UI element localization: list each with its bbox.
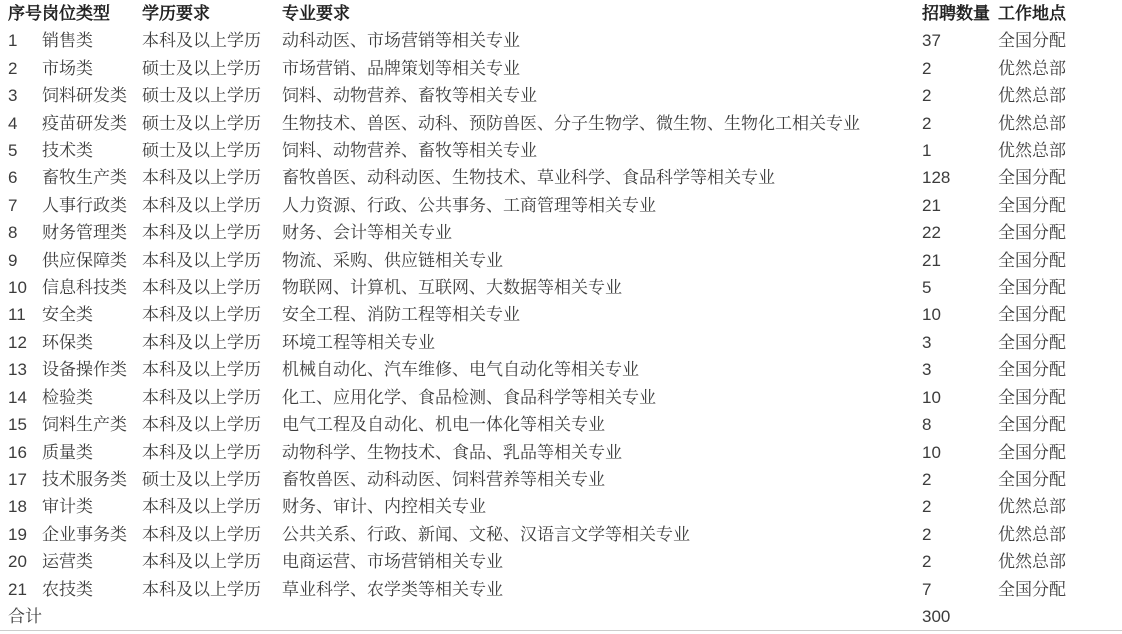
col-header-edu: 学历要求 [142, 0, 282, 27]
cell-location: 全国分配 [998, 466, 1122, 493]
cell-count: 37 [922, 27, 998, 54]
cell-count: 128 [922, 164, 998, 191]
table-body: 1销售类本科及以上学历动科动医、市场营销等相关专业37全国分配2市场类硕士及以上… [0, 27, 1122, 603]
table-row: 5技术类硕士及以上学历饲料、动物营养、畜牧等相关专业1优然总部 [0, 137, 1122, 164]
cell-major: 物流、采购、供应链相关专业 [282, 247, 922, 274]
cell-no: 10 [0, 274, 42, 301]
table-row: 20运营类本科及以上学历电商运营、市场营销相关专业2优然总部 [0, 548, 1122, 575]
cell-location: 全国分配 [998, 219, 1122, 246]
table-row: 2市场类硕士及以上学历市场营销、品牌策划等相关专业2优然总部 [0, 55, 1122, 82]
cell-no: 8 [0, 219, 42, 246]
cell-no: 18 [0, 493, 42, 520]
cell-count: 2 [922, 55, 998, 82]
cell-count: 2 [922, 521, 998, 548]
cell-no: 2 [0, 55, 42, 82]
cell-edu: 硕士及以上学历 [142, 137, 282, 164]
col-header-location: 工作地点 [998, 0, 1122, 27]
cell-edu: 本科及以上学历 [142, 274, 282, 301]
cell-count: 10 [922, 439, 998, 466]
cell-type: 技术服务类 [42, 466, 142, 493]
cell-type: 人事行政类 [42, 192, 142, 219]
cell-count: 2 [922, 466, 998, 493]
cell-major: 饲料、动物营养、畜牧等相关专业 [282, 82, 922, 109]
cell-location: 优然总部 [998, 55, 1122, 82]
cell-type: 财务管理类 [42, 219, 142, 246]
col-header-count: 招聘数量 [922, 0, 998, 27]
table-row: 16质量类本科及以上学历动物科学、生物技术、食品、乳品等相关专业10全国分配 [0, 439, 1122, 466]
col-header-major: 专业要求 [282, 0, 922, 27]
cell-major: 机械自动化、汽车维修、电气自动化等相关专业 [282, 356, 922, 383]
cell-count: 10 [922, 301, 998, 328]
cell-edu: 本科及以上学历 [142, 439, 282, 466]
cell-major: 饲料、动物营养、畜牧等相关专业 [282, 137, 922, 164]
table-row: 6畜牧生产类本科及以上学历畜牧兽医、动科动医、生物技术、草业科学、食品科学等相关… [0, 164, 1122, 191]
cell-type: 销售类 [42, 27, 142, 54]
cell-count: 2 [922, 82, 998, 109]
cell-location: 优然总部 [998, 548, 1122, 575]
cell-location: 全国分配 [998, 576, 1122, 603]
table-row: 21农技类本科及以上学历草业科学、农学类等相关专业7全国分配 [0, 576, 1122, 603]
cell-type: 市场类 [42, 55, 142, 82]
cell-count: 1 [922, 137, 998, 164]
cell-type: 农技类 [42, 576, 142, 603]
col-header-no: 序号 [0, 0, 42, 27]
cell-major: 财务、审计、内控相关专业 [282, 493, 922, 520]
cell-type: 安全类 [42, 301, 142, 328]
col-header-type: 岗位类型 [42, 0, 142, 27]
table-row: 1销售类本科及以上学历动科动医、市场营销等相关专业37全国分配 [0, 27, 1122, 54]
cell-major: 动科动医、市场营销等相关专业 [282, 27, 922, 54]
footer-total-value: 300 [922, 603, 998, 631]
cell-major: 动物科学、生物技术、食品、乳品等相关专业 [282, 439, 922, 466]
footer-total-label: 合计 [0, 603, 922, 631]
cell-major: 财务、会计等相关专业 [282, 219, 922, 246]
cell-type: 审计类 [42, 493, 142, 520]
cell-location: 全国分配 [998, 27, 1122, 54]
cell-major: 电气工程及自动化、机电一体化等相关专业 [282, 411, 922, 438]
cell-location: 全国分配 [998, 329, 1122, 356]
table-row: 4疫苗研发类硕士及以上学历生物技术、兽医、动科、预防兽医、分子生物学、微生物、生… [0, 110, 1122, 137]
footer-empty-cell [998, 603, 1122, 631]
cell-major: 草业科学、农学类等相关专业 [282, 576, 922, 603]
cell-location: 全国分配 [998, 411, 1122, 438]
table-row: 11安全类本科及以上学历安全工程、消防工程等相关专业10全国分配 [0, 301, 1122, 328]
table-row: 8财务管理类本科及以上学历财务、会计等相关专业22全国分配 [0, 219, 1122, 246]
table-header-row: 序号 岗位类型 学历要求 专业要求 招聘数量 工作地点 [0, 0, 1122, 27]
cell-location: 全国分配 [998, 274, 1122, 301]
cell-no: 9 [0, 247, 42, 274]
cell-no: 13 [0, 356, 42, 383]
cell-edu: 本科及以上学历 [142, 164, 282, 191]
table-row: 12环保类本科及以上学历环境工程等相关专业3全国分配 [0, 329, 1122, 356]
cell-no: 3 [0, 82, 42, 109]
cell-edu: 本科及以上学历 [142, 548, 282, 575]
cell-major: 物联网、计算机、互联网、大数据等相关专业 [282, 274, 922, 301]
cell-type: 运营类 [42, 548, 142, 575]
cell-type: 畜牧生产类 [42, 164, 142, 191]
cell-no: 19 [0, 521, 42, 548]
cell-count: 21 [922, 192, 998, 219]
cell-no: 5 [0, 137, 42, 164]
table-row: 3饲料研发类硕士及以上学历饲料、动物营养、畜牧等相关专业2优然总部 [0, 82, 1122, 109]
cell-edu: 本科及以上学历 [142, 493, 282, 520]
cell-count: 2 [922, 110, 998, 137]
cell-location: 优然总部 [998, 82, 1122, 109]
cell-edu: 本科及以上学历 [142, 219, 282, 246]
cell-major: 畜牧兽医、动科动医、饲料营养等相关专业 [282, 466, 922, 493]
cell-type: 信息科技类 [42, 274, 142, 301]
cell-major: 安全工程、消防工程等相关专业 [282, 301, 922, 328]
cell-count: 10 [922, 384, 998, 411]
cell-no: 12 [0, 329, 42, 356]
cell-type: 设备操作类 [42, 356, 142, 383]
cell-major: 生物技术、兽医、动科、预防兽医、分子生物学、微生物、生物化工相关专业 [282, 110, 922, 137]
cell-edu: 本科及以上学历 [142, 192, 282, 219]
cell-location: 优然总部 [998, 521, 1122, 548]
cell-count: 3 [922, 329, 998, 356]
table-row: 15饲料生产类本科及以上学历电气工程及自动化、机电一体化等相关专业8全国分配 [0, 411, 1122, 438]
cell-location: 全国分配 [998, 439, 1122, 466]
cell-count: 5 [922, 274, 998, 301]
cell-edu: 硕士及以上学历 [142, 110, 282, 137]
table-row: 9供应保障类本科及以上学历物流、采购、供应链相关专业21全国分配 [0, 247, 1122, 274]
cell-count: 8 [922, 411, 998, 438]
cell-location: 全国分配 [998, 164, 1122, 191]
cell-count: 21 [922, 247, 998, 274]
cell-location: 全国分配 [998, 301, 1122, 328]
table-row: 18审计类本科及以上学历财务、审计、内控相关专业2优然总部 [0, 493, 1122, 520]
cell-major: 电商运营、市场营销相关专业 [282, 548, 922, 575]
cell-location: 优然总部 [998, 137, 1122, 164]
cell-location: 全国分配 [998, 356, 1122, 383]
cell-edu: 硕士及以上学历 [142, 82, 282, 109]
cell-count: 2 [922, 493, 998, 520]
cell-edu: 本科及以上学历 [142, 521, 282, 548]
cell-edu: 本科及以上学历 [142, 576, 282, 603]
cell-no: 16 [0, 439, 42, 466]
cell-type: 技术类 [42, 137, 142, 164]
cell-count: 3 [922, 356, 998, 383]
cell-type: 疫苗研发类 [42, 110, 142, 137]
cell-edu: 本科及以上学历 [142, 411, 282, 438]
cell-major: 畜牧兽医、动科动医、生物技术、草业科学、食品科学等相关专业 [282, 164, 922, 191]
cell-no: 6 [0, 164, 42, 191]
cell-no: 21 [0, 576, 42, 603]
cell-major: 人力资源、行政、公共事务、工商管理等相关专业 [282, 192, 922, 219]
cell-count: 7 [922, 576, 998, 603]
cell-no: 14 [0, 384, 42, 411]
cell-major: 化工、应用化学、食品检测、食品科学等相关专业 [282, 384, 922, 411]
cell-count: 2 [922, 548, 998, 575]
cell-edu: 硕士及以上学历 [142, 55, 282, 82]
table-footer-row: 合计 300 [0, 603, 1122, 631]
table-row: 7人事行政类本科及以上学历人力资源、行政、公共事务、工商管理等相关专业21全国分… [0, 192, 1122, 219]
cell-type: 饲料生产类 [42, 411, 142, 438]
cell-edu: 本科及以上学历 [142, 384, 282, 411]
cell-no: 4 [0, 110, 42, 137]
table-row: 19企业事务类本科及以上学历公共关系、行政、新闻、文秘、汉语言文学等相关专业2优… [0, 521, 1122, 548]
cell-type: 供应保障类 [42, 247, 142, 274]
cell-location: 优然总部 [998, 493, 1122, 520]
cell-edu: 本科及以上学历 [142, 356, 282, 383]
table-row: 14检验类本科及以上学历化工、应用化学、食品检测、食品科学等相关专业10全国分配 [0, 384, 1122, 411]
cell-major: 市场营销、品牌策划等相关专业 [282, 55, 922, 82]
cell-no: 20 [0, 548, 42, 575]
cell-type: 企业事务类 [42, 521, 142, 548]
cell-no: 7 [0, 192, 42, 219]
recruitment-table: 序号 岗位类型 学历要求 专业要求 招聘数量 工作地点 1销售类本科及以上学历动… [0, 0, 1122, 631]
cell-type: 饲料研发类 [42, 82, 142, 109]
cell-edu: 本科及以上学历 [142, 301, 282, 328]
cell-edu: 本科及以上学历 [142, 27, 282, 54]
cell-no: 17 [0, 466, 42, 493]
cell-type: 质量类 [42, 439, 142, 466]
cell-count: 22 [922, 219, 998, 246]
cell-location: 优然总部 [998, 110, 1122, 137]
cell-location: 全国分配 [998, 247, 1122, 274]
cell-no: 1 [0, 27, 42, 54]
table-row: 13设备操作类本科及以上学历机械自动化、汽车维修、电气自动化等相关专业3全国分配 [0, 356, 1122, 383]
cell-major: 公共关系、行政、新闻、文秘、汉语言文学等相关专业 [282, 521, 922, 548]
cell-location: 全国分配 [998, 192, 1122, 219]
cell-type: 环保类 [42, 329, 142, 356]
cell-no: 11 [0, 301, 42, 328]
table-row: 10信息科技类本科及以上学历物联网、计算机、互联网、大数据等相关专业5全国分配 [0, 274, 1122, 301]
cell-major: 环境工程等相关专业 [282, 329, 922, 356]
cell-type: 检验类 [42, 384, 142, 411]
cell-location: 全国分配 [998, 384, 1122, 411]
cell-edu: 本科及以上学历 [142, 247, 282, 274]
cell-edu: 本科及以上学历 [142, 329, 282, 356]
cell-no: 15 [0, 411, 42, 438]
table-row: 17技术服务类硕士及以上学历畜牧兽医、动科动医、饲料营养等相关专业2全国分配 [0, 466, 1122, 493]
cell-edu: 硕士及以上学历 [142, 466, 282, 493]
